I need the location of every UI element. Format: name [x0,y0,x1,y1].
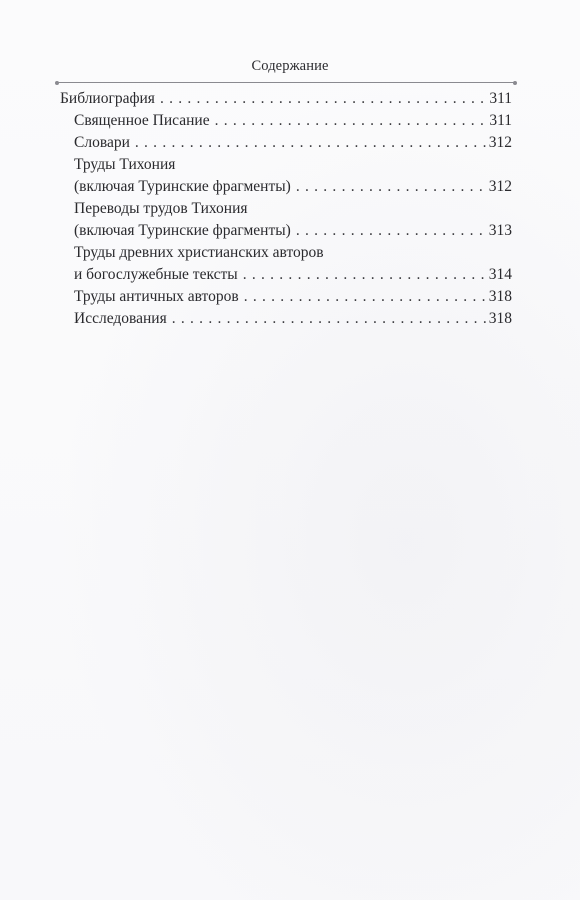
running-head: Содержание [0,58,580,75]
toc-entry-title: Труды античных авторов [74,286,239,308]
book-page: Содержание Библиография311Священное Писа… [0,0,580,900]
dot-leader [160,88,486,110]
toc-entry-line: Словари312 [74,132,512,154]
dot-leader [135,132,486,154]
toc-entry-line: Исследования318 [74,308,512,330]
toc-entry[interactable]: Труды древних христианских авторови бого… [60,242,512,286]
toc-entry-title: (включая Туринские фрагменты) [74,220,291,242]
toc-entry-title: Священное Писание [74,110,210,132]
dot-leader [215,110,487,132]
toc-entry-title: Библиография [60,88,155,110]
toc-entry[interactable]: Священное Писание311 [60,110,512,132]
dot-leader [296,220,486,242]
toc-page-number: 318 [489,308,512,330]
toc-entry-title: (включая Туринские фрагменты) [74,176,291,198]
toc-page-number: 311 [489,110,512,132]
toc-entry-title: и богослужебные тексты [74,264,238,286]
dot-leader [244,286,486,308]
toc-page-number: 312 [489,132,512,154]
dot-leader [296,176,486,198]
toc-entry-line: Библиография311 [60,88,512,110]
toc-page-number: 313 [489,220,512,242]
toc-entry-title-line: Труды древних христианских авторов [74,242,512,264]
table-of-contents: Библиография311Священное Писание311Слова… [60,88,512,330]
toc-entry-line: и богослужебные тексты314 [74,264,512,286]
toc-entry[interactable]: Труды Тихония(включая Туринские фрагмент… [60,154,512,198]
toc-entry-line: Священное Писание311 [74,110,512,132]
toc-entry-title-line: Труды Тихония [74,154,512,176]
toc-entry[interactable]: Переводы трудов Тихония(включая Турински… [60,198,512,242]
toc-entry-line: (включая Туринские фрагменты)312 [74,176,512,198]
dot-leader [172,308,486,330]
toc-entry[interactable]: Библиография311 [60,88,512,110]
toc-entry-title: Словари [74,132,130,154]
toc-entry-line: (включая Туринские фрагменты)313 [74,220,512,242]
toc-page-number: 318 [489,286,512,308]
toc-page-number: 312 [489,176,512,198]
divider-end-dot [55,81,59,85]
toc-entry[interactable]: Труды античных авторов318 [60,286,512,308]
toc-entry-title: Исследования [74,308,167,330]
toc-page-number: 311 [489,88,512,110]
dot-leader [243,264,486,286]
toc-entry-title-line: Переводы трудов Тихония [74,198,512,220]
toc-entry[interactable]: Словари312 [60,132,512,154]
toc-page-number: 314 [489,264,512,286]
toc-entry[interactable]: Исследования318 [60,308,512,330]
toc-entry-line: Труды античных авторов318 [74,286,512,308]
header-divider [57,82,515,83]
divider-end-dot [513,81,517,85]
